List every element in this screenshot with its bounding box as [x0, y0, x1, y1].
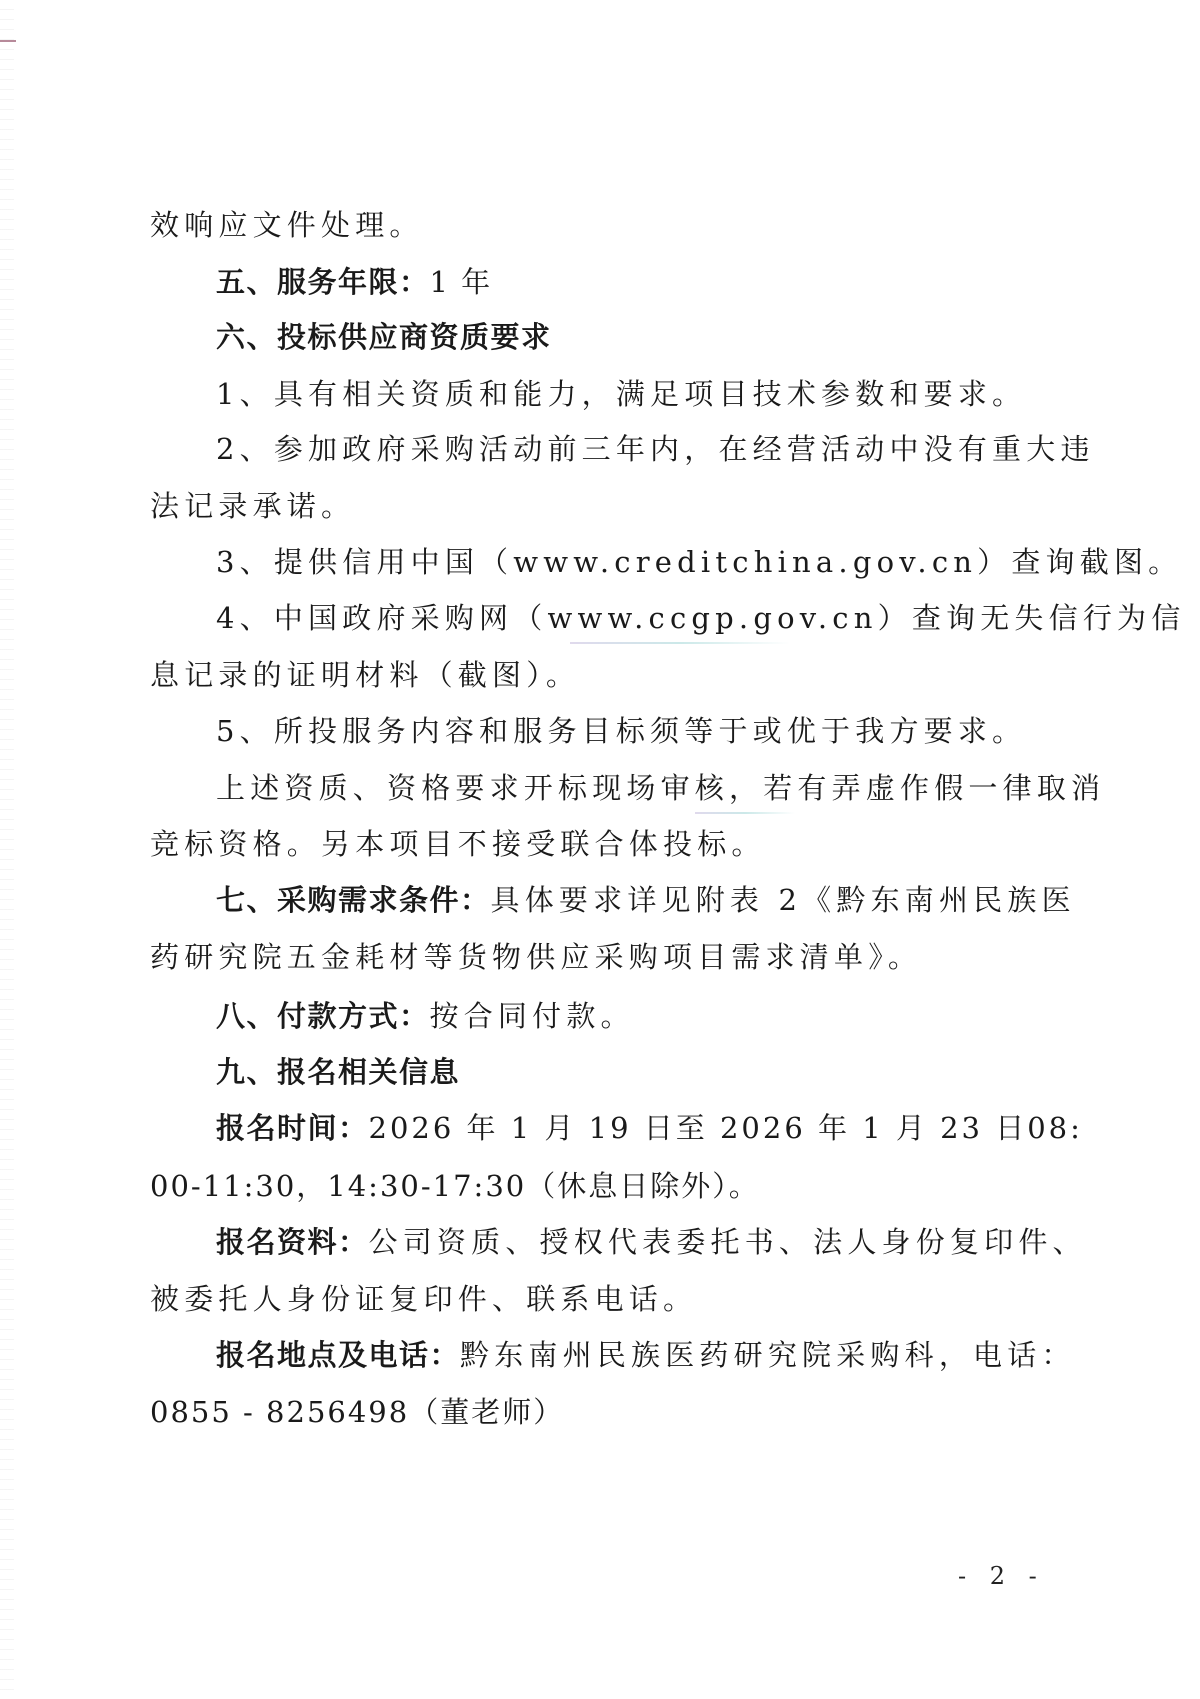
- section-5-service-period: 五、服务年限：1 年: [150, 262, 1035, 302]
- scan-highlight-artifact: [695, 812, 795, 814]
- section-5-value: 1 年: [430, 265, 493, 299]
- requirement-item-1: 1、具有相关资质和能力，满足项目技术参数和要求。: [150, 374, 1035, 414]
- qualification-note: 上述资质、资格要求开标现场审核，若有弄虚作假一律取消: [150, 768, 1035, 808]
- scan-mark-artifact: [0, 40, 16, 42]
- registration-documents-value: 公司资质、授权代表委托书、法人身份复印件、: [369, 1225, 1087, 1259]
- section-8-heading: 八、付款方式：: [216, 999, 430, 1033]
- registration-phone: 0855 - 8256498（董老师）: [150, 1392, 1035, 1432]
- note-text: 竞标资格。另本项目不接受联合体投标。: [150, 827, 766, 861]
- requirement-text: 3、提供信用中国（www.creditchina.gov.cn）查询截图。: [216, 545, 1182, 579]
- section-7-continuation: 药研究院五金耗材等货物供应采购项目需求清单》。: [150, 937, 1035, 977]
- section-8-payment: 八、付款方式：按合同付款。: [150, 996, 1035, 1036]
- section-7-heading: 七、采购需求条件：: [216, 883, 491, 917]
- section-6-heading: 六、投标供应商资质要求: [216, 320, 552, 354]
- requirement-text: 5、所投服务内容和服务目标须等于或优于我方要求。: [216, 714, 1026, 748]
- requirement-item-5: 5、所投服务内容和服务目标须等于或优于我方要求。: [150, 711, 1035, 751]
- section-6-qualification: 六、投标供应商资质要求: [150, 317, 1035, 357]
- section-7-procurement-requirements: 七、采购需求条件：具体要求详见附表 2《黔东南州民族医: [150, 880, 1035, 920]
- qualification-note-continuation: 竞标资格。另本项目不接受联合体投标。: [150, 824, 1035, 864]
- registration-phone-value: 0855 - 8256498（董老师）: [150, 1395, 564, 1429]
- registration-documents-continuation: 被委托人身份证复印件、联系电话。: [150, 1279, 1035, 1319]
- requirement-text: 1、具有相关资质和能力，满足项目技术参数和要求。: [216, 377, 1026, 411]
- note-text: 上述资质、资格要求开标现场审核，若有弄虚作假一律取消: [216, 771, 1105, 805]
- section-9-registration: 九、报名相关信息: [150, 1052, 1035, 1092]
- registration-location-label: 报名地点及电话：: [216, 1338, 460, 1372]
- section-9-heading: 九、报名相关信息: [216, 1055, 460, 1089]
- requirement-text: 法记录承诺。: [150, 489, 355, 523]
- requirement-text: 2、参加政府采购活动前三年内，在经营活动中没有重大违: [216, 432, 1095, 466]
- paragraph-text: 效响应文件处理。: [150, 208, 424, 242]
- registration-time-value: 00-11:30，14:30-17:30（休息日除外）。: [150, 1169, 760, 1203]
- registration-time-value: 2026 年 1 月 19 日至 2026 年 1 月 23 日: [369, 1111, 1028, 1145]
- requirement-item-4-continuation: 息记录的证明材料（截图）。: [150, 655, 1035, 695]
- registration-time: 报名时间：2026 年 1 月 19 日至 2026 年 1 月 23 日 08…: [150, 1108, 1035, 1148]
- section-7-value: 具体要求详见附表 2《黔东南州民族医: [491, 883, 1076, 917]
- registration-documents: 报名资料：公司资质、授权代表委托书、法人身份复印件、: [150, 1222, 1035, 1262]
- registration-location-phone: 报名地点及电话：黔东南州民族医药研究院采购科，电话：: [150, 1335, 1035, 1375]
- scan-highlight-artifact: [570, 642, 790, 644]
- requirement-text: 息记录的证明材料（截图）。: [150, 658, 580, 692]
- registration-documents-value: 被委托人身份证复印件、联系电话。: [150, 1282, 697, 1316]
- section-7-value: 药研究院五金耗材等货物供应采购项目需求清单》。: [150, 940, 922, 974]
- requirement-item-4: 4、中国政府采购网（www.ccgp.gov.cn）查询无失信行为信: [150, 598, 1035, 638]
- requirement-item-3: 3、提供信用中国（www.creditchina.gov.cn）查询截图。: [150, 542, 1035, 582]
- registration-documents-label: 报名资料：: [216, 1225, 369, 1259]
- page-number: - 2 -: [958, 1562, 1045, 1590]
- registration-time-value-tail: 08:: [1027, 1108, 1083, 1148]
- section-8-value: 按合同付款。: [430, 999, 635, 1033]
- requirement-item-2-continuation: 法记录承诺。: [150, 486, 1035, 526]
- scan-edge-artifact: [0, 0, 14, 1699]
- requirement-item-2: 2、参加政府采购活动前三年内，在经营活动中没有重大违: [150, 429, 1035, 469]
- registration-time-continuation: 00-11:30，14:30-17:30（休息日除外）。: [150, 1166, 1035, 1206]
- registration-time-label: 报名时间：: [216, 1111, 369, 1145]
- requirement-text: 4、中国政府采购网（www.ccgp.gov.cn）查询无失信行为信: [216, 601, 1185, 635]
- section-5-heading: 五、服务年限：: [216, 265, 430, 299]
- paragraph-continuation: 效响应文件处理。: [150, 205, 1035, 245]
- registration-location-value: 黔东南州民族医药研究院采购科，电话：: [460, 1338, 1076, 1372]
